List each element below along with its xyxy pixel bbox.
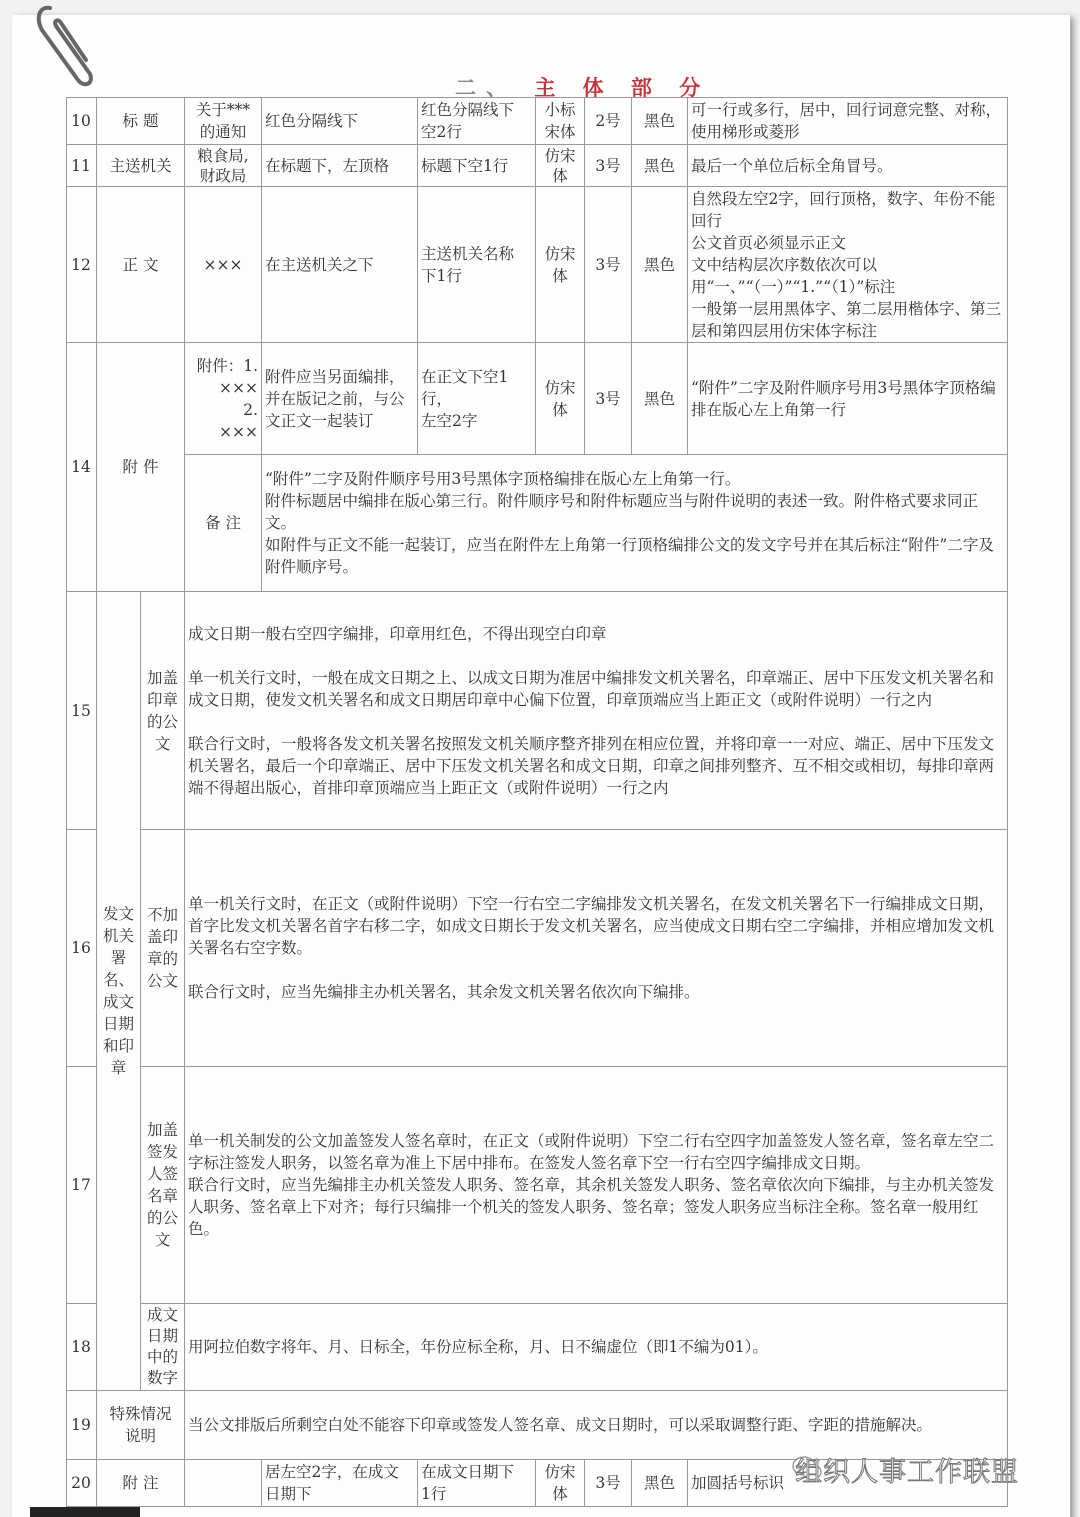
remarks-cell: “附件”二字及附件顺序号用3号黑体字顶格编排在版心左上角第一行。 附件标题居中编…	[262, 455, 1008, 592]
remark-line: 如附件与正文不能一起装订，应当在附件左上角第一行顶格编排公文的发文字号并在其后标…	[265, 534, 1004, 578]
row-number: 12	[66, 187, 97, 343]
font-cell: 仿宋 体	[536, 1460, 585, 1507]
row-number: 10	[66, 97, 97, 145]
paragraph: 联合行文时，应当先编排主办机关签发人职务、签名章，其余机关签发人职务、签名章依次…	[188, 1174, 1004, 1240]
example-cell: 附件：1. ××× 2. ×××	[185, 343, 262, 455]
row-number: 17	[66, 1067, 97, 1304]
notes-cell: 最后一个单位后标全角冒号。	[688, 145, 1008, 187]
position-cell: 红色分隔线下	[262, 97, 418, 145]
row-number: 16	[66, 830, 97, 1067]
spacing-cell: 在正文下空1 行， 左空2字	[418, 343, 536, 455]
sub-item: 加盖签发人签名章的公文	[141, 1067, 185, 1304]
spacing-cell: 在成文日期下 1行	[418, 1460, 536, 1507]
sub-item: 不加盖印章的公文	[141, 830, 185, 1067]
spacing-cell: 主送机关名称 下1行	[418, 187, 536, 343]
spacing-cell: 标题下空1行	[418, 145, 536, 187]
remark-line: “附件”二字及附件顺序号用3号黑体字顶格编排在版心左上角第一行。	[265, 468, 740, 490]
paragraph: 成文日期一般右空四字编排，印章用红色，不得出现空白印章	[188, 623, 607, 645]
item-name: 标 题	[97, 97, 185, 145]
position-cell: 在标题下，左顶格	[262, 145, 418, 187]
notes-cell: 可一行或多行，居中，回行词意完整、对称，使用梯形或菱形	[688, 97, 1008, 145]
example-cell: ×××	[185, 187, 262, 343]
row-number: 19	[66, 1391, 97, 1460]
content-cell: 单一机关行文时，在正文（或附件说明）下空一行右空二字编排发文机关署名，在发文机关…	[185, 830, 1008, 1067]
notes-cell: 自然段左空2字，回行顶格，数字、年份不能回行 公文首页必须显示正文 文中结构层次…	[688, 187, 1008, 343]
row-number: 15	[66, 592, 97, 830]
paragraph: 单一机关行文时，在正文（或附件说明）下空一行右空二字编排发文机关署名，在发文机关…	[188, 893, 1004, 959]
group-label: 发文机关署名、成文日期和印章	[97, 592, 141, 1391]
notes-cell: “附件”二字及附件顺序号用3号黑体字顶格编排在版心左上角第一行	[688, 343, 1008, 455]
position-cell: 在主送机关之下	[262, 187, 418, 343]
note-line: 自然段左空2字，回行顶格，数字、年份不能回行	[691, 188, 1004, 232]
color-cell: 黑色	[632, 1460, 688, 1507]
row-number: 11	[66, 145, 97, 187]
remark-line: 附件标题居中编排在版心第三行。附件顺序号和附件标题应当与附件说明的表述一致。附件…	[265, 490, 1004, 534]
content-cell: 单一机关制发的公文加盖签发人签名章时，在正文（或附件说明）下空二行右空四字加盖签…	[185, 1067, 1008, 1304]
item-name: 附 注	[97, 1460, 185, 1507]
spacing-cell: 红色分隔线下 空2行	[418, 97, 536, 145]
row-number: 14	[66, 343, 97, 592]
note-line: 一般第一层用黑体字、第二层用楷体字、第三层和第四层用仿宋体字标注	[691, 298, 1004, 342]
font-cell: 仿宋 体	[536, 187, 585, 343]
watermark-text: 组织人事工作联盟	[795, 1450, 1019, 1489]
remark-label: 备 注	[185, 455, 262, 592]
size-cell: 3号	[585, 145, 632, 187]
item-name: 特殊情况 说明	[97, 1391, 185, 1460]
color-cell: 黑色	[632, 145, 688, 187]
row-number: 18	[66, 1304, 97, 1391]
row-number: 20	[66, 1460, 97, 1507]
paperclip-icon	[20, 0, 100, 90]
item-name: 主送机关	[97, 145, 185, 187]
font-cell: 小标 宋体	[536, 97, 585, 145]
size-cell: 3号	[585, 187, 632, 343]
paragraph: 单一机关制发的公文加盖签发人签名章时，在正文（或附件说明）下空二行右空四字加盖签…	[188, 1130, 1004, 1174]
sub-item: 成文日期中的数字	[141, 1304, 185, 1391]
font-cell: 仿宋 体	[536, 145, 585, 187]
size-cell: 3号	[585, 343, 632, 455]
next-section-heading-fragment	[30, 1507, 140, 1517]
color-cell: 黑色	[632, 187, 688, 343]
note-line: 文中结构层次序数依次可以用“一、”“（一）”“1.”“（1）”标注	[691, 254, 1004, 298]
paragraph: 联合行文时，一般将各发文机关署名按照发文机关顺序整齐排列在相应位置，并将印章一一…	[188, 733, 1004, 799]
font-cell: 仿宋 体	[536, 343, 585, 455]
color-cell: 黑色	[632, 97, 688, 145]
paragraph: 联合行文时，应当先编排主办机关署名，其余发文机关署名依次向下编排。	[188, 981, 700, 1003]
size-cell: 3号	[585, 1460, 632, 1507]
content-cell: 用阿拉伯数字将年、月、日标全，年份应标全称，月、日不编虚位（即1不编为01）。	[185, 1304, 1008, 1391]
note-line: 公文首页必须显示正文	[691, 232, 846, 254]
size-cell: 2号	[585, 97, 632, 145]
content-cell: 成文日期一般右空四字编排，印章用红色，不得出现空白印章 单一机关行文时，一般在成…	[185, 592, 1008, 830]
example-cell: 粮食局, 财政局	[185, 145, 262, 187]
sub-item: 加盖印章的公文	[141, 592, 185, 830]
example-cell: 关于*** 的通知	[185, 97, 262, 145]
color-cell: 黑色	[632, 343, 688, 455]
position-cell: 居左空2字，在成文日期下	[262, 1460, 418, 1507]
item-name: 正 文	[97, 187, 185, 343]
paragraph: 单一机关行文时，一般在成文日期之上、以成文日期为准居中编排发文机关署名，印章端正…	[188, 667, 1004, 711]
example-cell	[185, 1460, 262, 1507]
position-cell: 附件应当另面编排，并在版记之前，与公文正文一起装订	[262, 343, 418, 455]
item-name: 附 件	[97, 343, 185, 592]
